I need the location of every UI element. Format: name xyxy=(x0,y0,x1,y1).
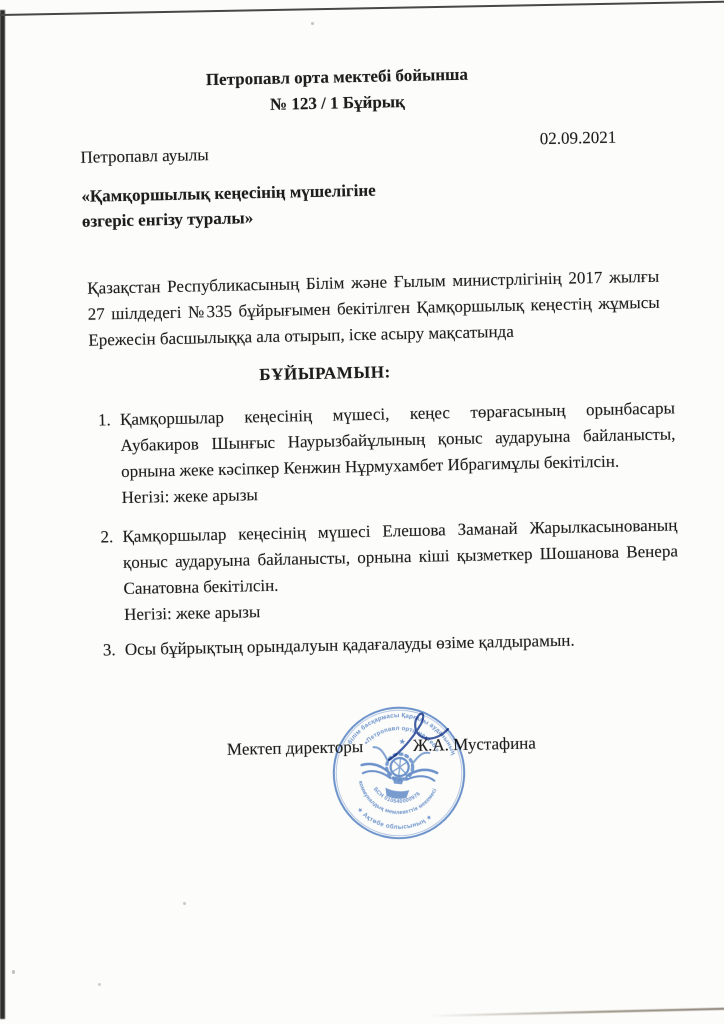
order-item-1: 1. Қамқоршылар кеңесінің мүшесі, кеңес т… xyxy=(98,395,687,511)
item-number: 3. xyxy=(103,637,126,663)
order-document: Петропавл орта мектебі бойынша № 123 / 1… xyxy=(0,0,724,1024)
preamble-paragraph: Қазақстан Республикасының Білім және Ғыл… xyxy=(87,264,661,354)
issue-date: 02.09.2021 xyxy=(540,128,617,150)
scan-speck xyxy=(311,22,314,25)
document-header: Петропавл орта мектебі бойынша № 123 / 1… xyxy=(0,57,700,124)
item-text: Осы бұйрықтың орындалуын қадағалауды өзі… xyxy=(125,625,680,663)
item-number: 2. xyxy=(100,524,124,628)
item-body: Осы бұйрықтың орындалуын қадағалауды өзі… xyxy=(125,625,680,663)
order-item-3: 3. Осы бұйрықтың орындалуын қадағалауды … xyxy=(103,625,690,663)
handwritten-signature xyxy=(383,706,455,770)
scan-speck xyxy=(183,902,186,905)
signature-stroke xyxy=(389,714,448,760)
place-name: Петропавл ауылы xyxy=(80,145,209,168)
item-number: 1. xyxy=(98,407,122,511)
scan-speck xyxy=(12,970,15,974)
order-heading: БҰЙЫРАМЫН: xyxy=(0,353,687,394)
order-items: 1. Қамқоршылар кеңесінің мүшесі, кеңес т… xyxy=(0,394,724,665)
order-item-2: 2. Қамқоршылар кеңесінің мүшесі Елешова … xyxy=(100,512,689,628)
subject-block: «Қамқоршылық кеңесінің мүшелігіне өзгері… xyxy=(81,170,718,233)
meta-row: Петропавл ауылы 02.09.2021 xyxy=(0,126,717,175)
scan-speck xyxy=(98,983,101,986)
item-body: Қамқоршылар кеңесінің мүшесі Елешова Зам… xyxy=(122,512,679,628)
scan-edge-left-strip xyxy=(0,10,5,1019)
item-body: Қамқоршылар кеңесінің мүшесі, кеңес төра… xyxy=(120,395,677,511)
item-text: Қамқоршылар кеңесінің мүшесі Елешова Зам… xyxy=(122,512,679,602)
item-text: Қамқоршылар кеңесінің мүшесі, кеңес төра… xyxy=(120,395,677,485)
